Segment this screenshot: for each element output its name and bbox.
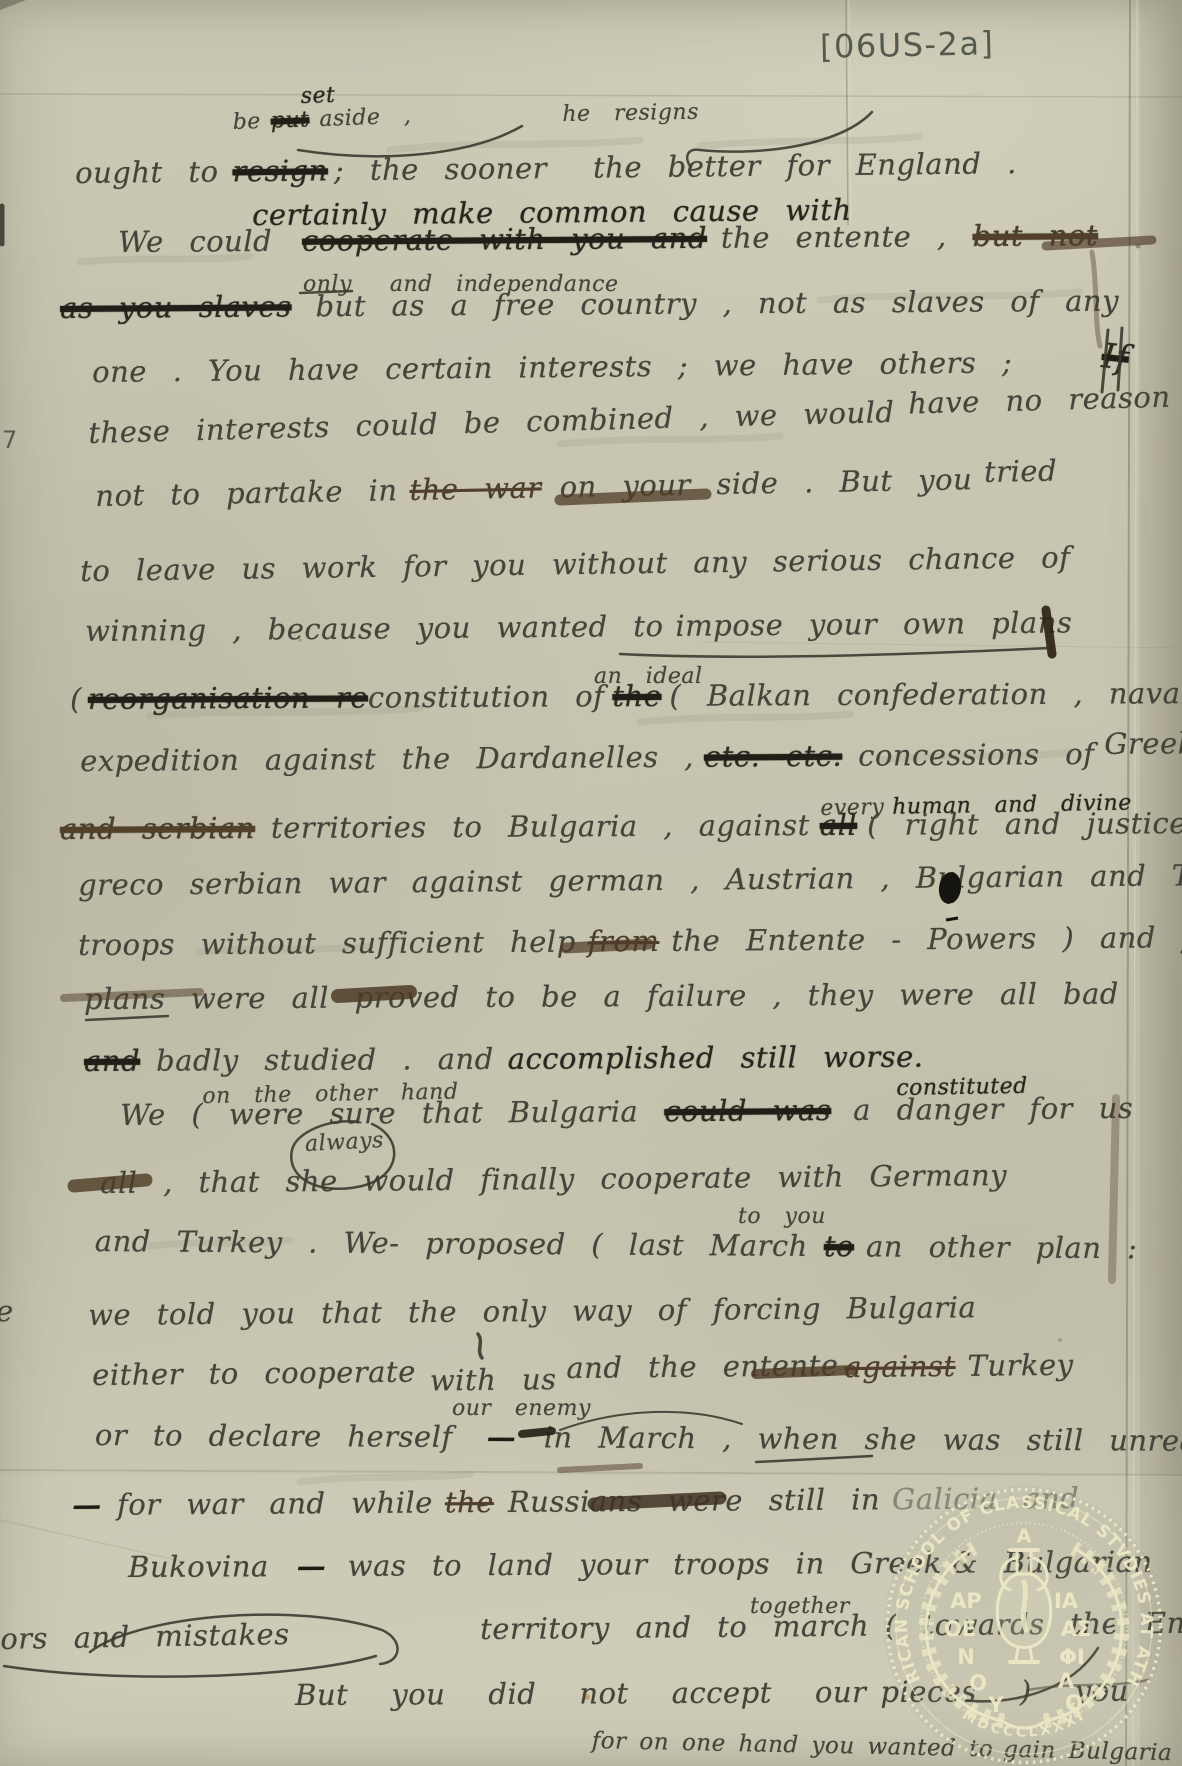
emphasis-tick xyxy=(1046,610,1052,654)
svg-text:Λ: Λ xyxy=(1058,1669,1075,1693)
dash-stroke xyxy=(522,1431,552,1434)
manuscript-page: [06US-2a] beputaside ,sethe resignsought… xyxy=(0,0,1182,1766)
insertion-swoosh xyxy=(687,112,872,166)
insertion-swoosh xyxy=(298,126,522,156)
underline-stroke xyxy=(620,648,1050,657)
ink-blot xyxy=(937,871,963,920)
svg-text:ΑΣ: ΑΣ xyxy=(1061,1617,1092,1641)
ink-marks-layer: AMERICAN SCHOOL OF CLASSICAL STVDIES AT … xyxy=(0,0,1182,1766)
svg-text:Ο: Ο xyxy=(969,1671,987,1695)
underline-stroke xyxy=(86,1016,168,1020)
svg-text:ΟΕ: ΟΕ xyxy=(944,1617,976,1641)
svg-text:Ν: Ν xyxy=(957,1645,975,1669)
svg-text:Α: Α xyxy=(1017,1525,1032,1547)
underline-stroke xyxy=(300,291,352,293)
correction-scribble xyxy=(478,1334,482,1358)
svg-text:ΦΙ: ΦΙ xyxy=(1059,1645,1085,1669)
embossed-seal: AMERICAN SCHOOL OF CLASSICAL STVDIES AT … xyxy=(884,1486,1164,1766)
svg-text:Υ: Υ xyxy=(987,1693,1004,1717)
margin-enclosure xyxy=(90,1615,398,1664)
underline-stroke xyxy=(756,1456,872,1462)
svg-text:ΙΑ: ΙΑ xyxy=(1054,1589,1079,1613)
insertion-curve xyxy=(560,1412,742,1430)
ink-smudges xyxy=(64,240,1152,1504)
margin-enclosure xyxy=(4,1656,376,1677)
svg-text:Ο: Ο xyxy=(1065,1691,1083,1715)
svg-text:ΑΡ: ΑΡ xyxy=(950,1589,982,1613)
ink-flourishes xyxy=(2,112,1148,1701)
strike-vertical xyxy=(1118,328,1122,390)
circle-around-always xyxy=(291,1121,394,1188)
strike-vertical xyxy=(1102,330,1108,392)
